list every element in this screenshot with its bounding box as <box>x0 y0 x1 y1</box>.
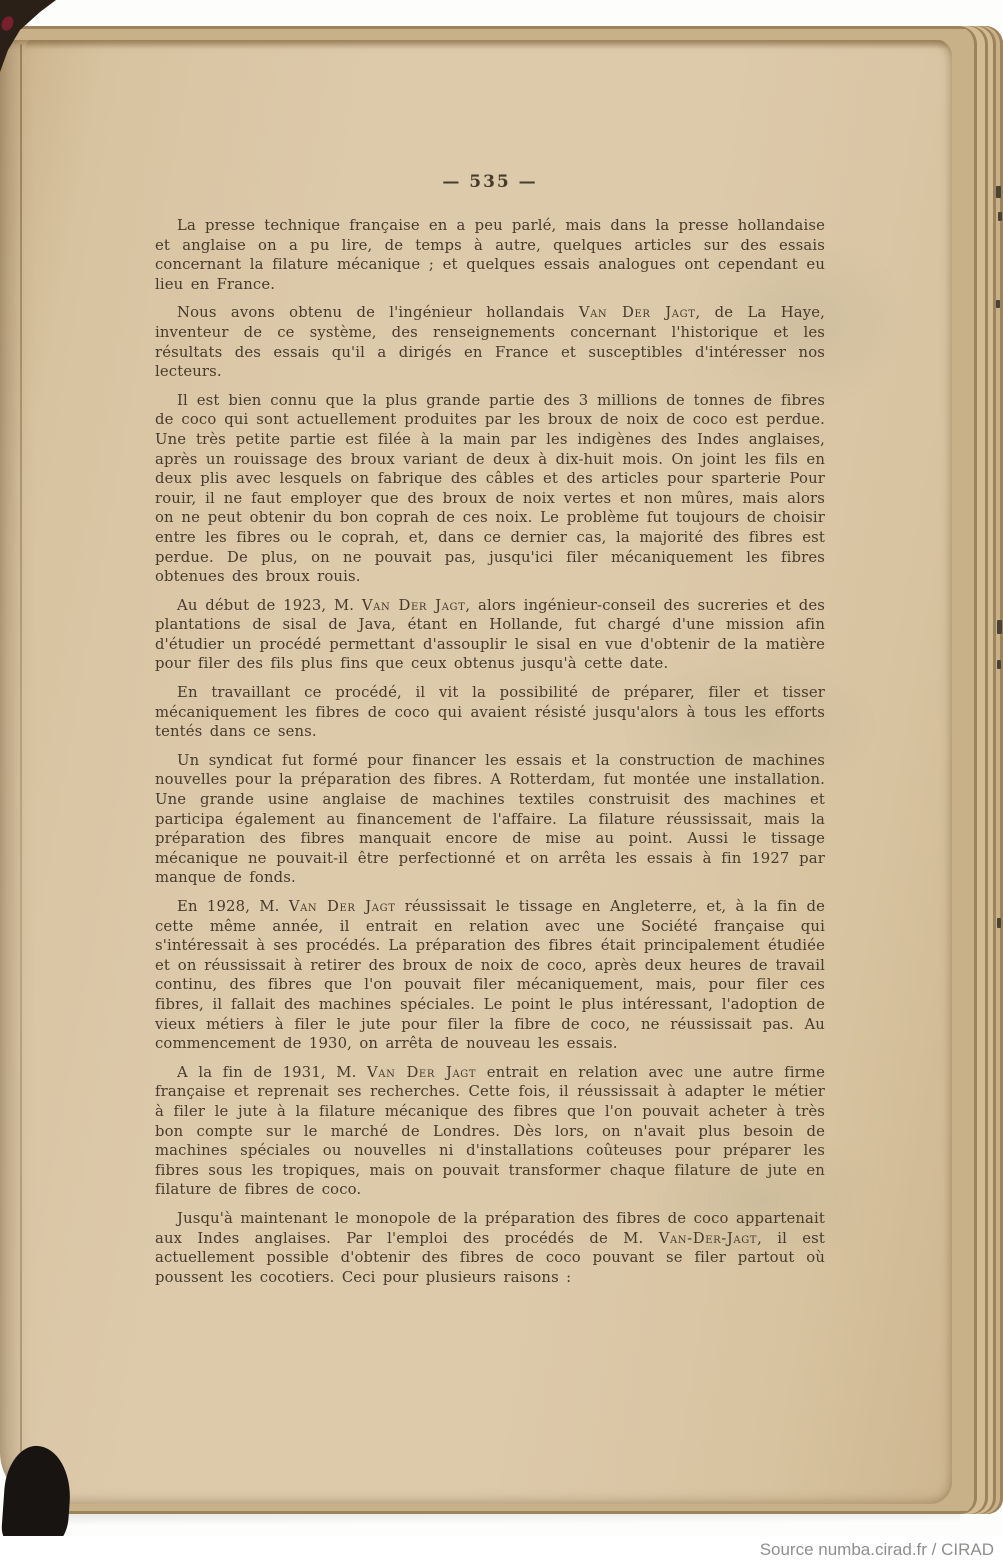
paragraphs: La presse technique française en a peu p… <box>155 216 825 1287</box>
gutter-crease <box>20 44 22 1496</box>
page-number: — 535 — <box>155 172 825 192</box>
paragraph: La presse technique française en a peu p… <box>155 216 825 294</box>
fore-edge-mark <box>997 918 1001 928</box>
page-text-block: — 535 — La presse technique française en… <box>155 172 825 1296</box>
paragraph: Il est bien connu que la plus grande par… <box>155 391 825 587</box>
paragraph: Au début de 1923, M. Van Der Jagt, alors… <box>155 596 825 674</box>
fore-edge-mark <box>996 300 1000 308</box>
paragraph: En travaillant ce procédé, il vit la pos… <box>155 683 825 742</box>
scan-bottom-strip: Source numba.cirad.fr / CIRAD <box>0 1536 1003 1566</box>
paragraph: En 1928, M. Van Der Jagt réussissait le … <box>155 897 825 1054</box>
paragraph: Nous avons obtenu de l'ingénieur holland… <box>155 303 825 381</box>
fore-edge-mark <box>997 620 1002 634</box>
source-credit: Source numba.cirad.fr / CIRAD <box>760 1540 994 1560</box>
fore-edge-mark <box>997 660 1001 669</box>
paragraph: Jusqu'à maintenant le monopole de la pré… <box>155 1209 825 1287</box>
fore-edge-mark <box>996 186 1001 198</box>
fore-edge-mark <box>998 212 1002 221</box>
paragraph: Un syndicat fut formé pour financer les … <box>155 751 825 888</box>
paragraph: A la fin de 1931, M. Van Der Jagt entrai… <box>155 1063 825 1200</box>
